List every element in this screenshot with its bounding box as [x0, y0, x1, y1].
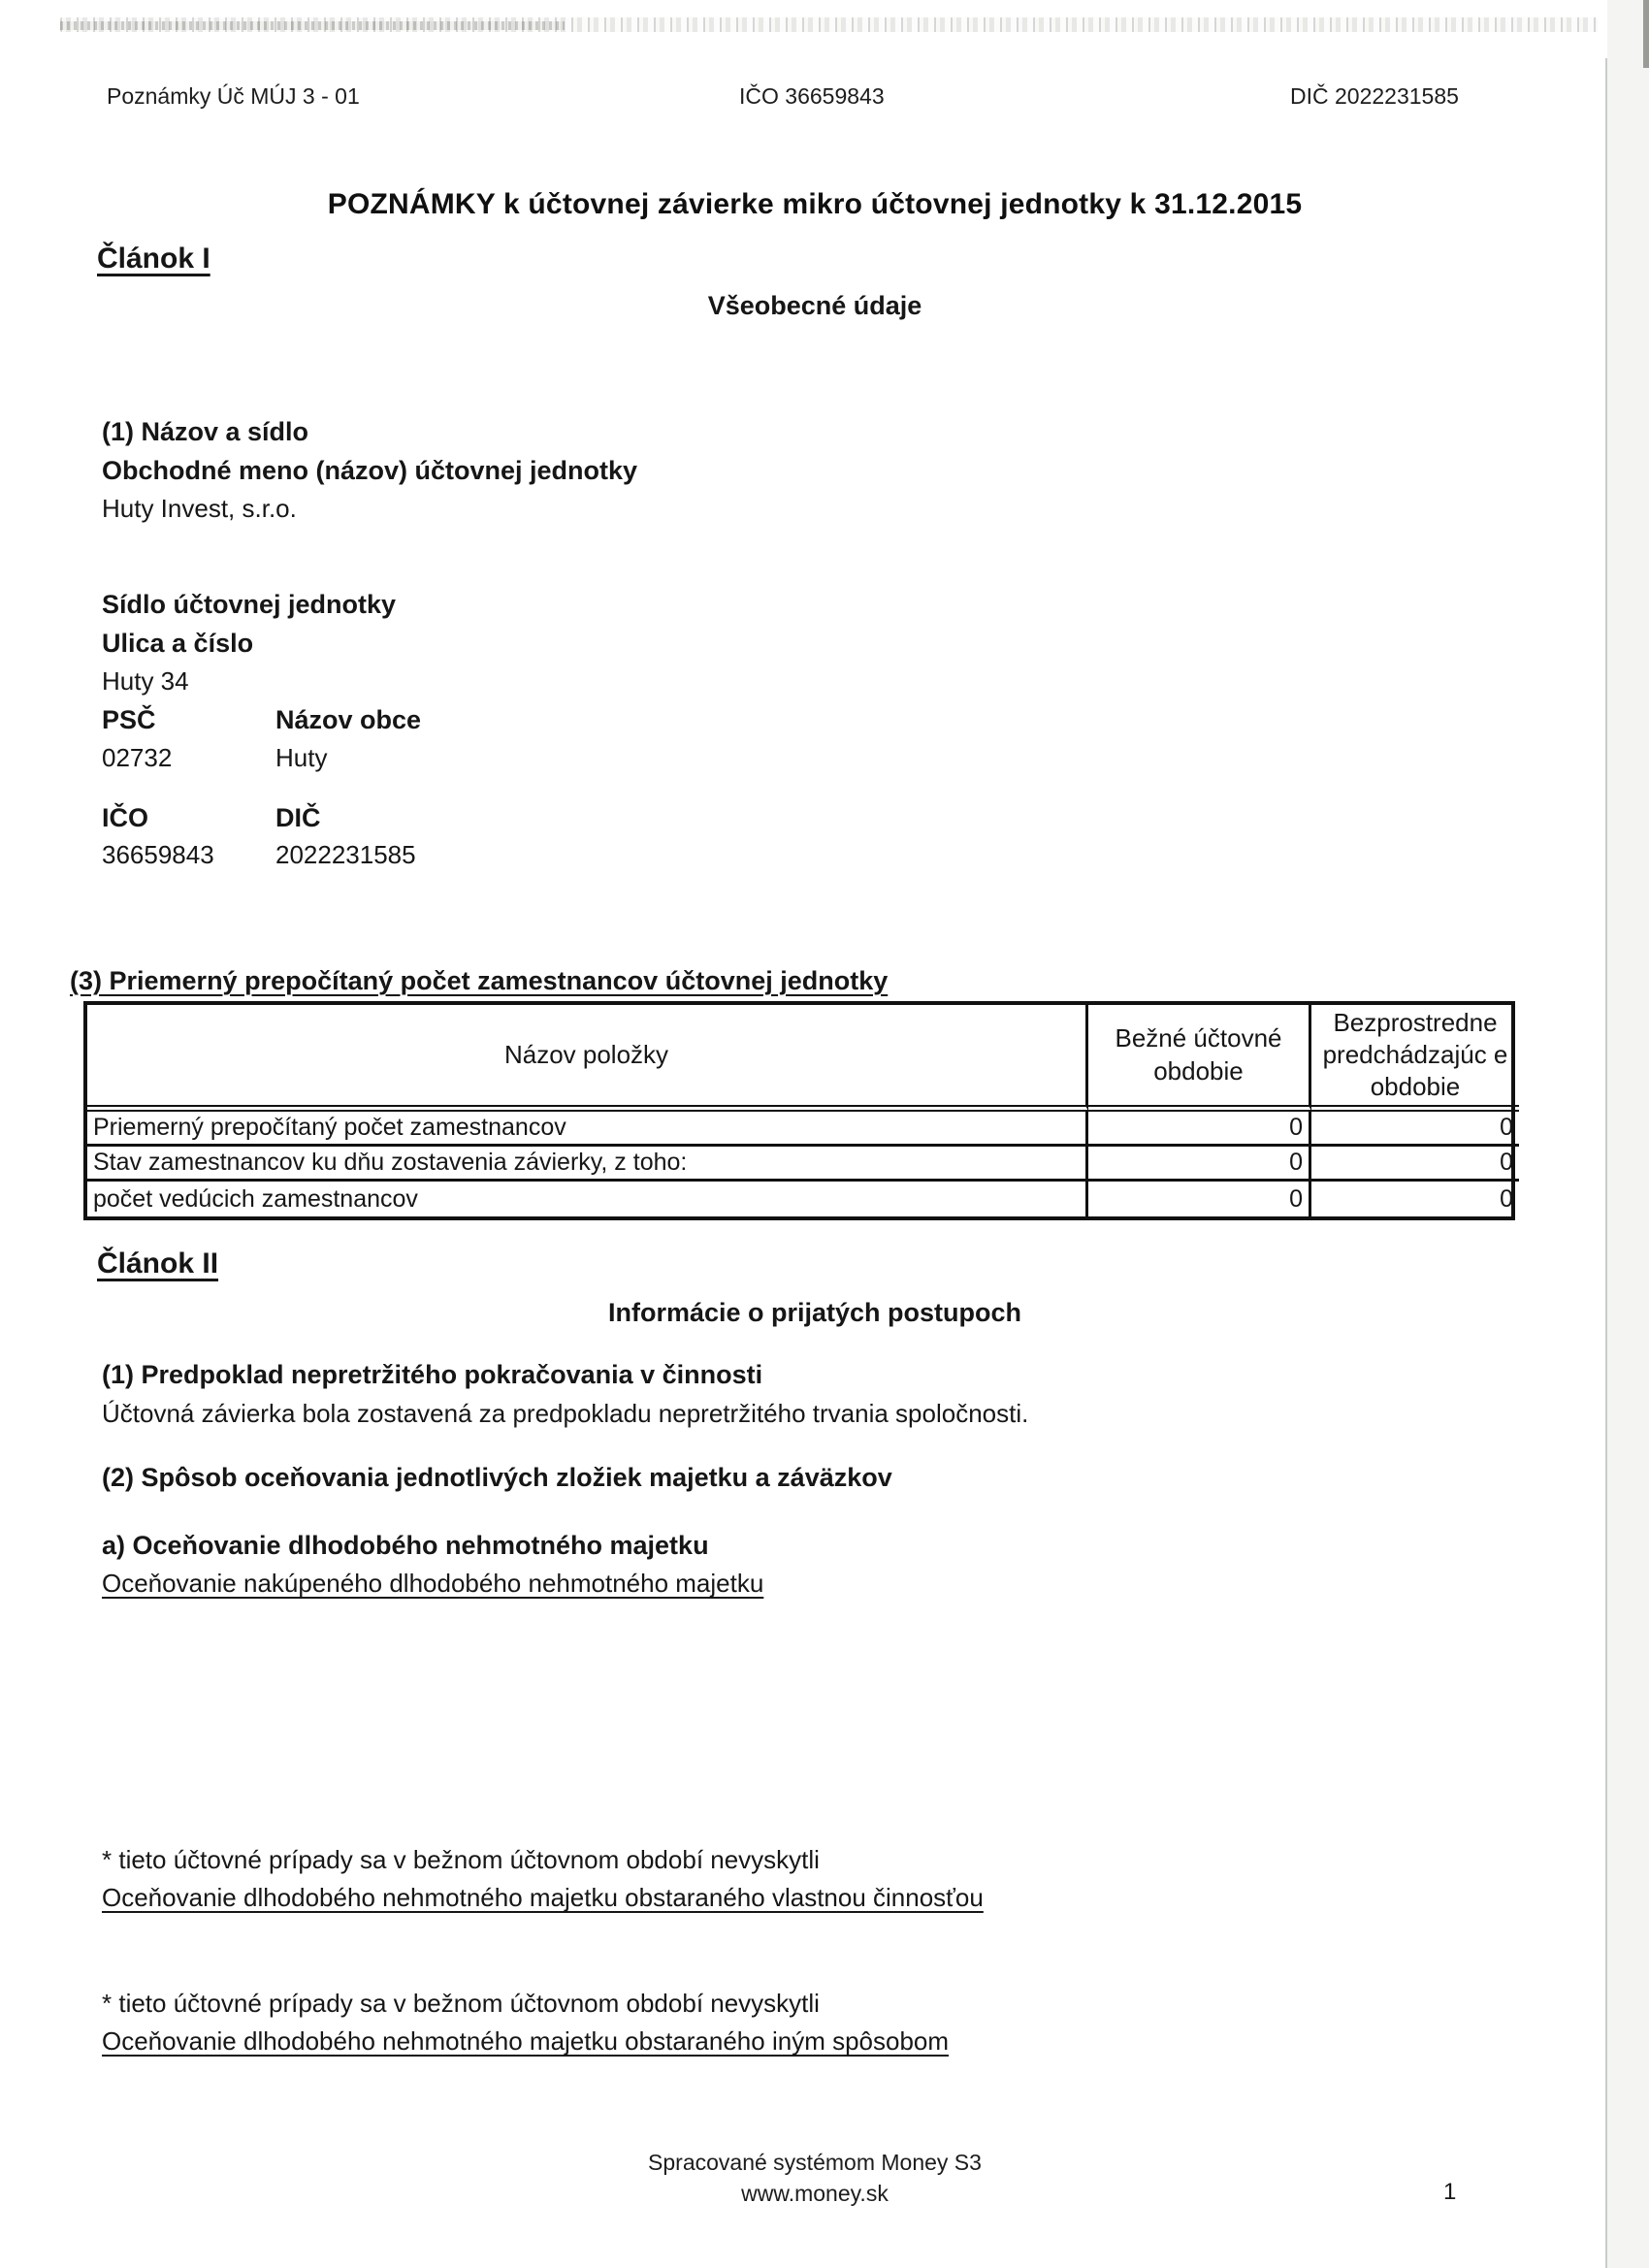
- header-dic: DIČ 2022231585: [1290, 83, 1459, 110]
- article2-s2-heading: (2) Spôsob oceňovania jednotlivých zloži…: [102, 1463, 892, 1493]
- scan-page-edge-shading: [1607, 0, 1649, 2268]
- article2-subtitle: Informácie o prijatých postupoch: [58, 1298, 1571, 1328]
- table-row-current-value: 0: [1088, 1182, 1311, 1216]
- psc-label: PSČ: [102, 705, 156, 735]
- header-ico: IČO 36659843: [739, 83, 885, 110]
- employees-table-col-previous: Bezprostredne predchádzajúc e obdobie: [1311, 1005, 1519, 1112]
- article2-s1-heading: (1) Predpoklad nepretržitého pokračovani…: [102, 1360, 762, 1390]
- section3-heading: (3) Priemerný prepočítaný počet zamestna…: [70, 966, 888, 996]
- table-row-label: počet vedúcich zamestnancov: [87, 1182, 1088, 1216]
- dic-value: 2022231585: [275, 840, 416, 870]
- article2-s2a-subheading: Oceňovanie nakúpeného dlhodobého nehmotn…: [102, 1569, 763, 1599]
- employees-table-col-name: Názov položky: [87, 1005, 1088, 1112]
- note-no-cases-1: * tieto účtovné prípady sa v bežnom účto…: [102, 1845, 820, 1875]
- article1-subtitle: Všeobecné údaje: [58, 291, 1571, 321]
- employees-table: Názov položky Bežné účtovné obdobie Bezp…: [83, 1001, 1515, 1220]
- page-number: 1: [1443, 2179, 1456, 2206]
- town-value: Huty: [275, 743, 327, 773]
- note-no-cases-2: * tieto účtovné prípady sa v bežnom účto…: [102, 1989, 820, 2019]
- table-row-current-value: 0: [1088, 1147, 1311, 1182]
- scanned-document: { "header": { "form_code": "Poznámky Úč …: [0, 0, 1649, 2268]
- business-name-value: Huty Invest, s.r.o.: [102, 494, 297, 524]
- table-row-label: Stav zamestnancov ku dňu zostavenia závi…: [87, 1147, 1088, 1182]
- table-row-previous-value: 0: [1311, 1147, 1519, 1182]
- footer-generator-line: Spracované systémom Money S3: [58, 2150, 1571, 2176]
- form-code: Poznámky Úč MÚJ 3 - 01: [107, 83, 360, 110]
- street-label: Ulica a číslo: [102, 629, 253, 659]
- article2-subheading3: Oceňovanie dlhodobého nehmotného majetku…: [102, 2026, 949, 2057]
- employees-table-col-current: Bežné účtovné obdobie: [1088, 1005, 1311, 1112]
- seat-label: Sídlo účtovnej jednotky: [102, 590, 396, 620]
- table-row-current-value: 0: [1088, 1112, 1311, 1147]
- footer-website: www.money.sk: [58, 2181, 1571, 2207]
- ico-value: 36659843: [102, 840, 214, 870]
- table-row-previous-value: 0: [1311, 1112, 1519, 1147]
- table-row-label: Priemerný prepočítaný počet zamestnancov: [87, 1112, 1088, 1147]
- ico-label: IČO: [102, 803, 148, 833]
- article2-label: Článok II: [97, 1247, 218, 1280]
- dic-label: DIČ: [275, 803, 321, 833]
- street-value: Huty 34: [102, 666, 189, 697]
- psc-value: 02732: [102, 743, 172, 773]
- article2-s2a-heading: a) Oceňovanie dlhodobého nehmotného maje…: [102, 1531, 709, 1561]
- article2-subheading2: Oceňovanie dlhodobého nehmotného majetku…: [102, 1883, 984, 1913]
- table-row-previous-value: 0: [1311, 1182, 1519, 1216]
- section1-heading: (1) Názov a sídlo: [102, 417, 308, 447]
- document-title: POZNÁMKY k účtovnej závierke mikro účtov…: [58, 188, 1571, 221]
- article1-label: Článok I: [97, 243, 210, 275]
- scan-artifact-top-smudge-dark: [60, 21, 565, 30]
- town-label: Názov obce: [275, 705, 421, 735]
- scan-artifact-corner-mark: [1643, 0, 1649, 68]
- article2-s1-text: Účtovná závierka bola zostavená za predp…: [102, 1399, 1028, 1429]
- scan-artifact-right-edge-line: [1605, 58, 1607, 2268]
- business-name-label: Obchodné meno (názov) účtovnej jednotky: [102, 456, 637, 486]
